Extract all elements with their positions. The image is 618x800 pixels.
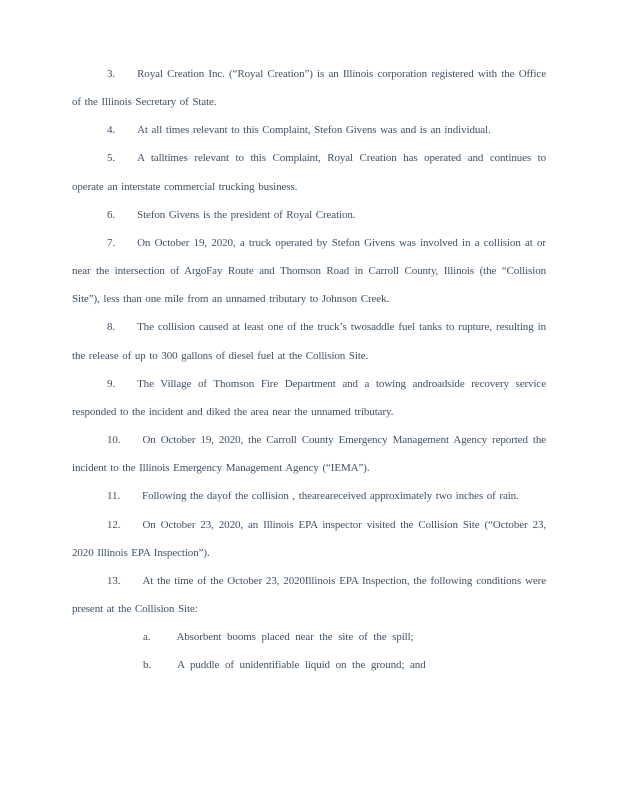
subitem-text: Absorbent booms placed near the site of … xyxy=(176,631,413,643)
paragraph-number: 11. xyxy=(107,490,120,502)
paragraph-number: 4. xyxy=(107,124,115,136)
paragraph-text: On October 19, 2020, a truck operated by… xyxy=(72,237,546,305)
paragraph-number: 3. xyxy=(107,68,115,80)
paragraph-number: 12. xyxy=(107,519,120,531)
paragraph-6: 6.Stefon Givens is the president of Roya… xyxy=(72,201,546,229)
document-page: 3.Royal Creation Inc. (“Royal Creation”)… xyxy=(0,0,618,800)
paragraph-5: 5.A talltimes relevant to this Complaint… xyxy=(72,144,546,200)
paragraph-number: 10. xyxy=(107,434,120,446)
paragraph-number: 7. xyxy=(107,237,115,249)
paragraph-text: Stefon Givens is the president of Royal … xyxy=(137,209,355,221)
paragraph-13: 13.At the time of the October 23, 2020Il… xyxy=(72,567,546,623)
paragraph-3: 3.Royal Creation Inc. (“Royal Creation”)… xyxy=(72,60,546,116)
subitem-b: b.A puddle of unidentifiable liquid on t… xyxy=(72,651,546,679)
paragraph-number: 6. xyxy=(107,209,115,221)
subitem-text: A puddle of unidentifiable liquid on the… xyxy=(177,659,426,671)
paragraph-text: At all times relevant to this Complaint,… xyxy=(137,124,491,136)
paragraph-text: The collision caused at least one of the… xyxy=(72,321,546,361)
subitem-letter: a. xyxy=(143,631,150,643)
paragraph-7: 7.On October 19, 2020, a truck operated … xyxy=(72,229,546,313)
paragraph-text: On October 23, 2020, an Illinois EPA ins… xyxy=(72,519,546,559)
paragraph-12: 12.On October 23, 2020, an Illinois EPA … xyxy=(72,511,546,567)
paragraph-text: Royal Creation Inc. (“Royal Creation”) i… xyxy=(72,68,546,108)
paragraph-text: A talltimes relevant to this Complaint, … xyxy=(72,152,546,192)
paragraph-number: 8. xyxy=(107,321,115,333)
paragraph-4: 4.At all times relevant to this Complain… xyxy=(72,116,546,144)
subitem-letter: b. xyxy=(143,659,151,671)
subitem-a: a.Absorbent booms placed near the site o… xyxy=(72,623,546,651)
paragraph-11: 11.Following the dayof the collision , t… xyxy=(72,482,546,510)
paragraph-text: On October 19, 2020, the Carroll County … xyxy=(72,434,546,474)
document-body: 3.Royal Creation Inc. (“Royal Creation”)… xyxy=(0,0,618,679)
paragraph-10: 10.On October 19, 2020, the Carroll Coun… xyxy=(72,426,546,482)
paragraph-text: The Village of Thomson Fire Department a… xyxy=(72,378,546,418)
paragraph-text: Following the dayof the collision , thea… xyxy=(142,490,519,502)
paragraph-8: 8.The collision caused at least one of t… xyxy=(72,313,546,369)
paragraph-number: 5. xyxy=(107,152,115,164)
paragraph-9: 9.The Village of Thomson Fire Department… xyxy=(72,370,546,426)
paragraph-number: 13. xyxy=(107,575,120,587)
paragraph-number: 9. xyxy=(107,378,115,390)
paragraph-text: At the time of the October 23, 2020Illin… xyxy=(72,575,546,615)
